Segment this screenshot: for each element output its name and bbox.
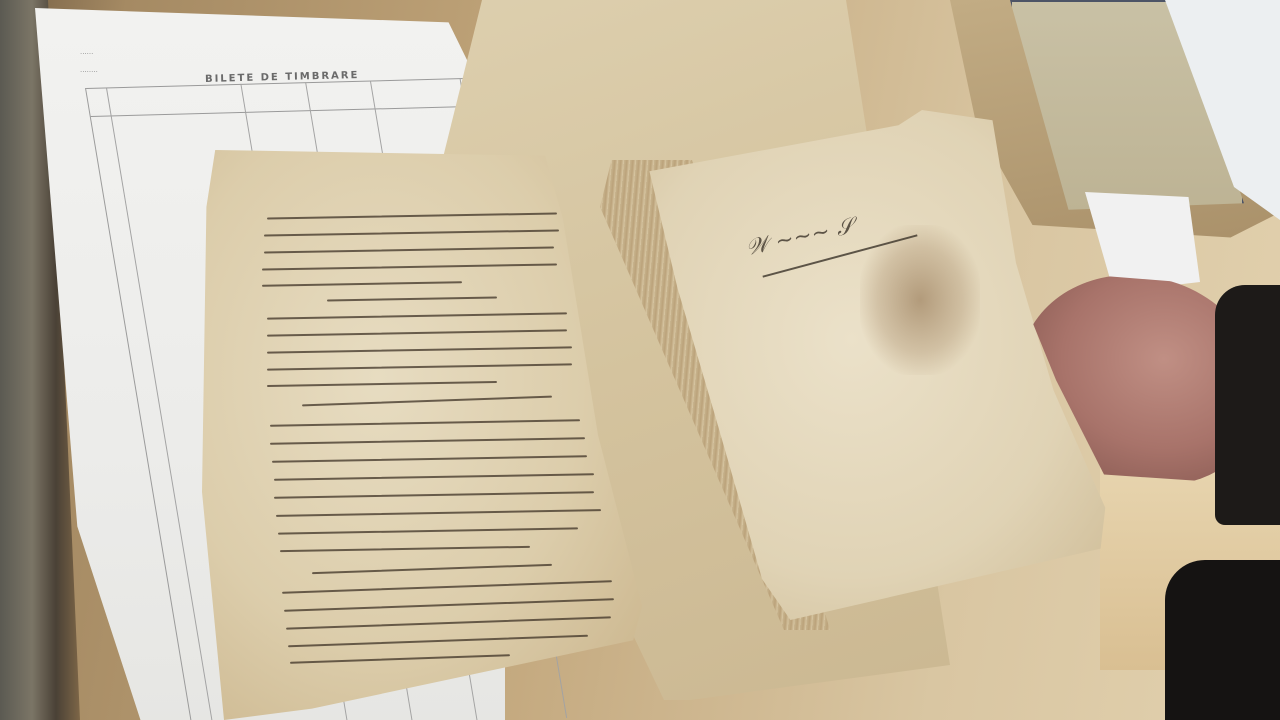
- dark-chair: [1165, 560, 1280, 720]
- form-label: ......: [80, 48, 93, 56]
- dark-sleeve: [1215, 285, 1280, 525]
- form-label: ........: [80, 66, 98, 74]
- water-stain: [860, 225, 980, 375]
